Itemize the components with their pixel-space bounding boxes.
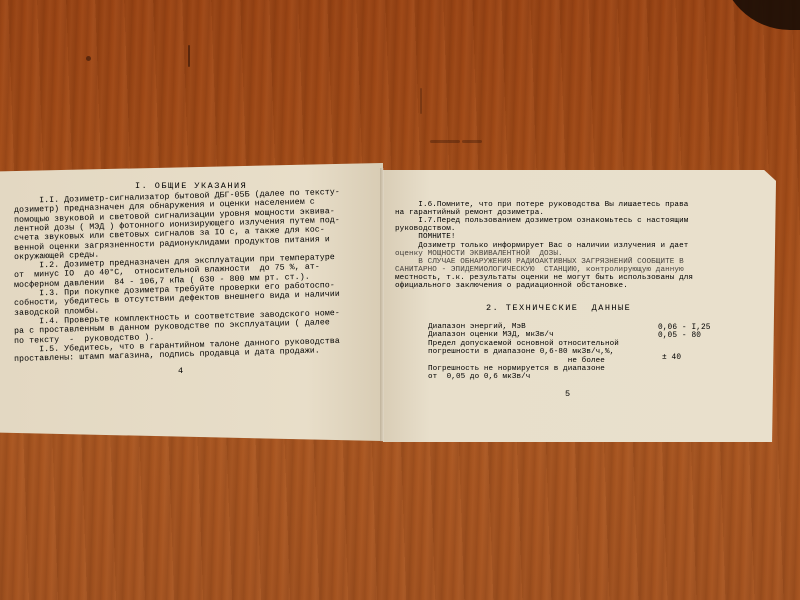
- spec-label: Диапазон оценки МЭД, мкЗв/ч: [428, 331, 554, 339]
- page-number-right: 5: [565, 389, 570, 399]
- text-line: официального заключения о радиационной о…: [395, 282, 628, 291]
- booklet-spine: [380, 168, 384, 442]
- spec-label: Предел допускаемой основной относительно…: [428, 340, 619, 365]
- booklet: I. ОБЩИЕ УКАЗАНИЯ I.I. Дозиметр-сигнализ…: [0, 0, 800, 600]
- spec-label: Погрешность не нормируется в диапазоне о…: [428, 365, 605, 382]
- section-1-heading: I. ОБЩИЕ УКАЗАНИЯ: [135, 181, 247, 191]
- spec-value: 0,05 - 80: [658, 331, 701, 341]
- section-2-heading: 2. ТЕХНИЧЕСКИЕ ДАННЫЕ: [486, 303, 631, 313]
- page-number-left: 4: [178, 366, 183, 376]
- spec-value: ± 40: [662, 353, 681, 363]
